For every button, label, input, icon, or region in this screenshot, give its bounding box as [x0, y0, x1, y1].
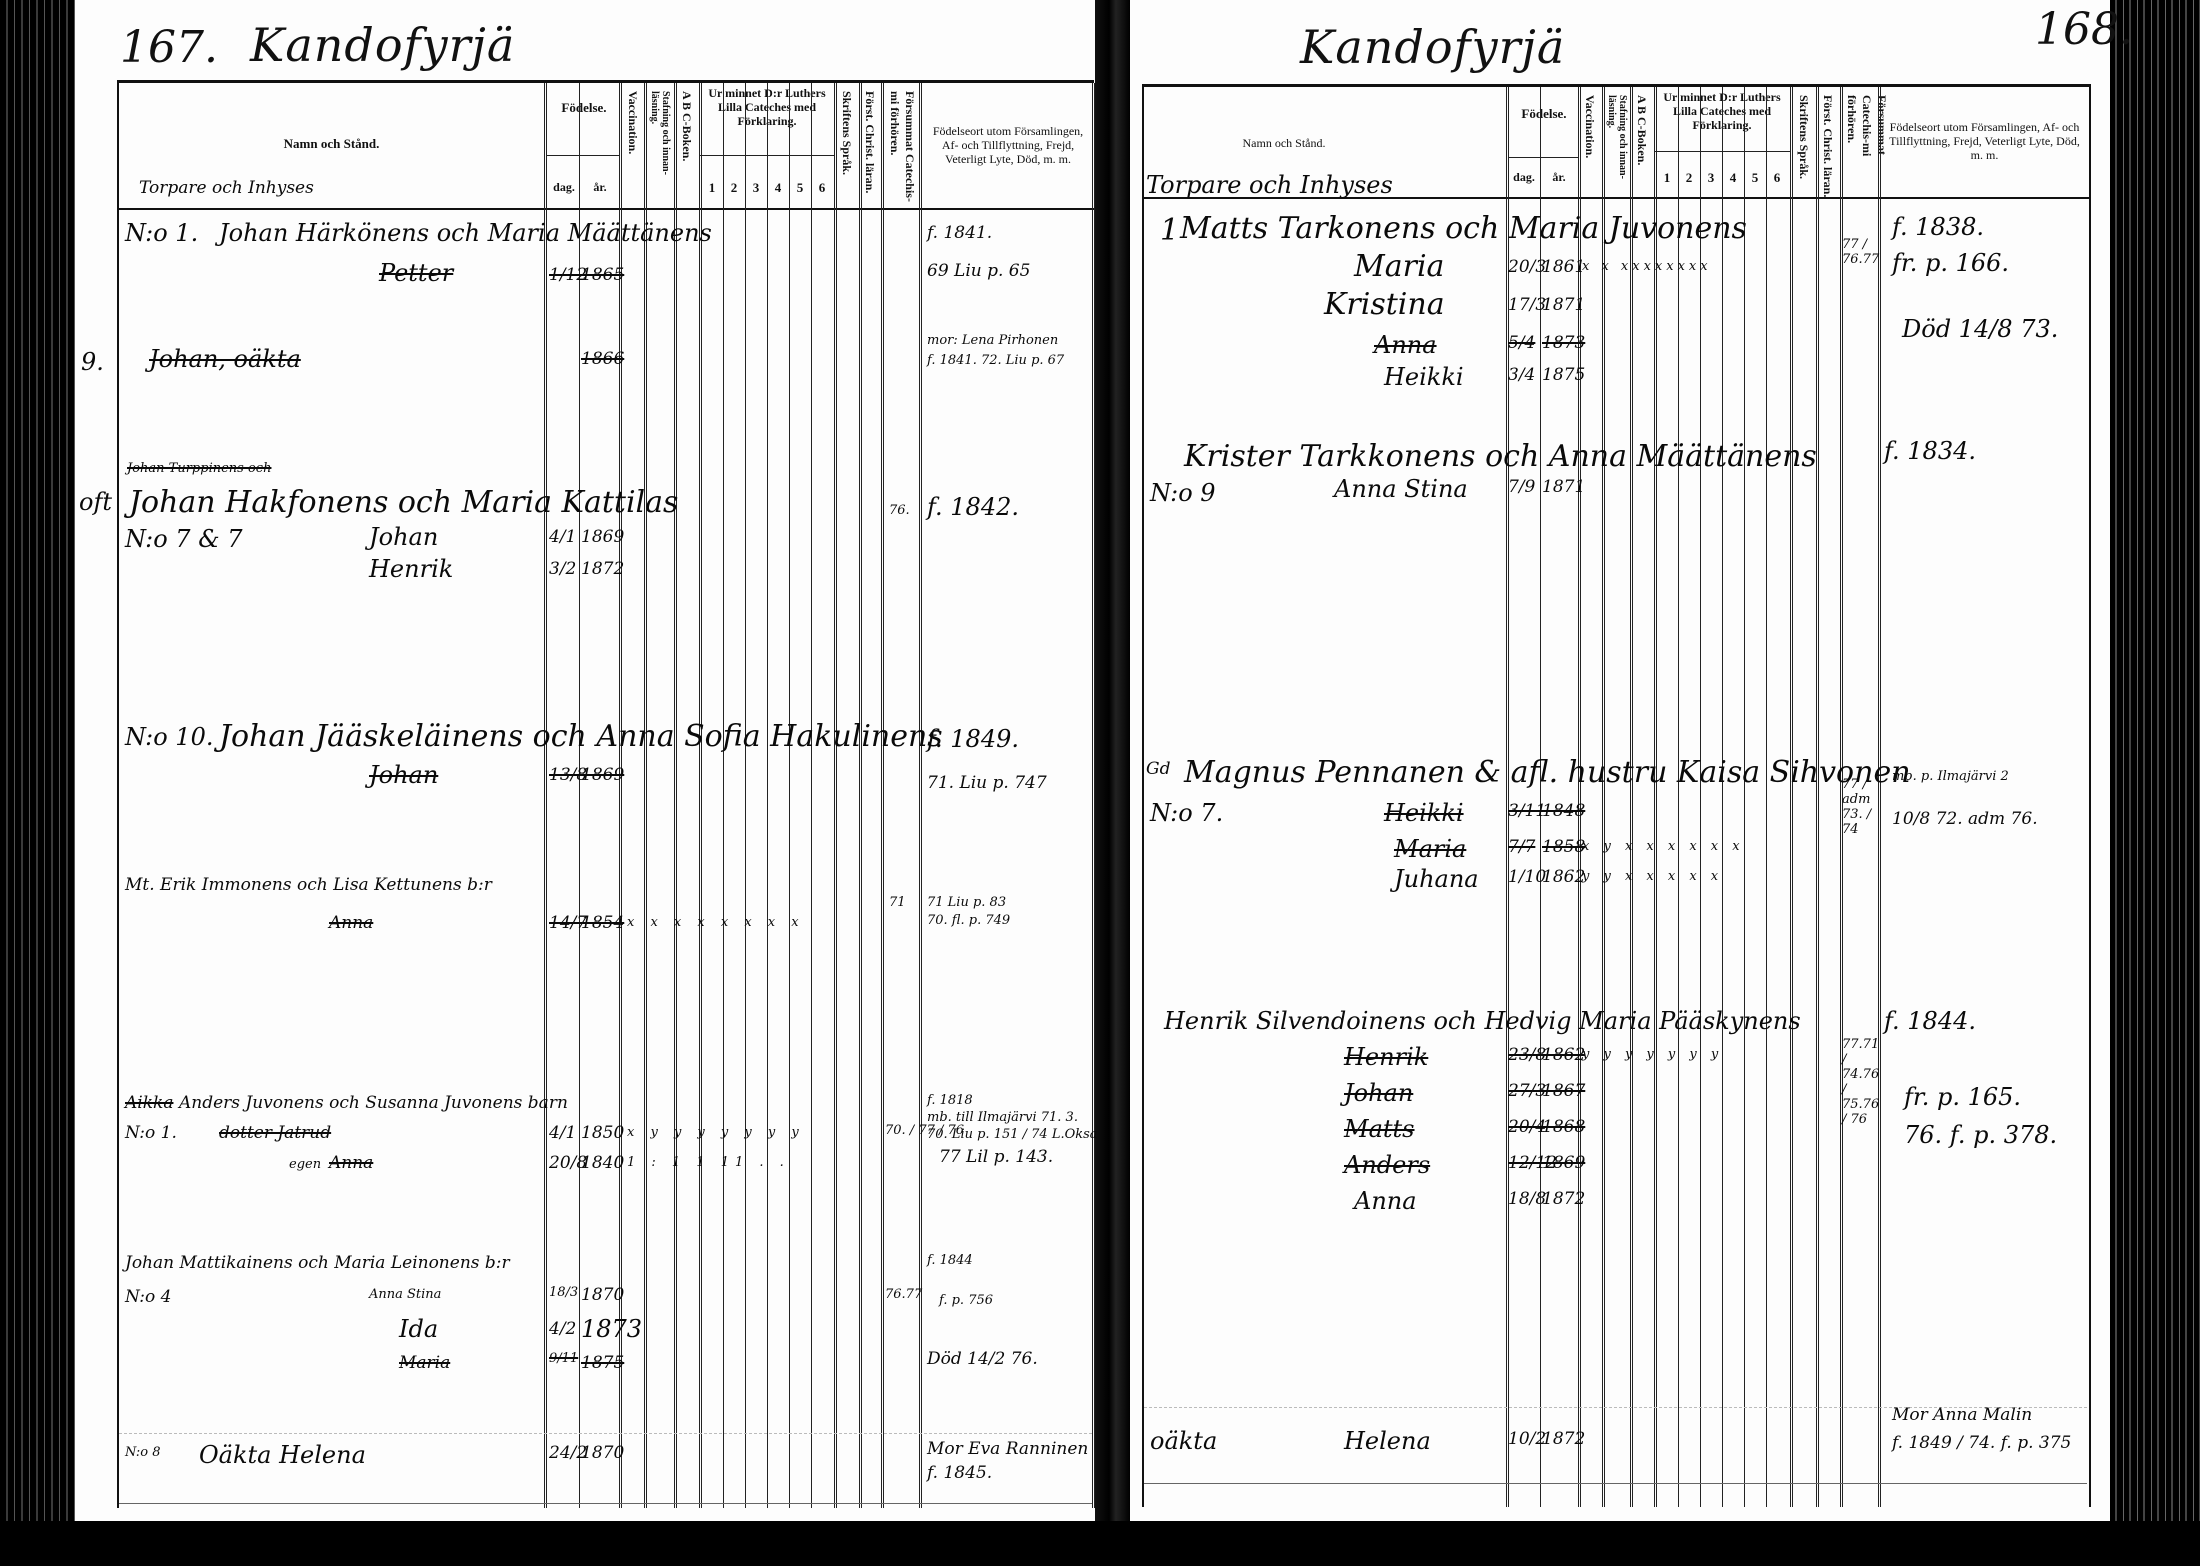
- category-label: Torpare och Inhyses: [1146, 171, 1393, 199]
- remark: f. 1845.: [927, 1463, 992, 1483]
- reading-marks: x x xxxxxxxx: [1582, 259, 1712, 274]
- child-name: Petter: [379, 259, 453, 287]
- child-birth-year: 1858: [1542, 837, 1585, 857]
- header-abc: A B C-Boken.: [1634, 95, 1649, 165]
- child-name: Henrik: [1344, 1043, 1428, 1071]
- header-year: år.: [1540, 171, 1578, 185]
- entry-label: N:o 4: [125, 1287, 171, 1307]
- header-birth: Födelse.: [549, 101, 619, 116]
- child-birth-year: 1861: [1542, 257, 1585, 277]
- child-birth-year: 1875: [581, 1353, 624, 1373]
- child-birth-day: 5/4: [1508, 333, 1535, 353]
- entry-label: 9.: [81, 348, 104, 376]
- header-scripture: Skriftens Språk.: [839, 91, 854, 175]
- header-cat-1: 1: [701, 181, 723, 196]
- header-cat-3: 3: [745, 181, 767, 196]
- header-christ: Först. Christ. läran.: [862, 91, 877, 193]
- child-birth-year: 1869: [1542, 1153, 1585, 1173]
- household-head: Johan Hakfonens och Maria Kattilas: [129, 485, 678, 520]
- header-vaccination: Vaccination.: [1582, 95, 1597, 158]
- remark: f. 1849 / 74. f. p. 375: [1892, 1433, 2071, 1453]
- book-edge-left: [0, 0, 75, 1566]
- header-abc: A B C-Boken.: [679, 91, 694, 161]
- entry-label: N:o 1.: [125, 1123, 177, 1143]
- entry-prefix: Gd: [1146, 759, 1170, 779]
- header-scripture: Skriftens Språk.: [1796, 95, 1811, 179]
- child-birth-day: 3/4: [1508, 365, 1535, 385]
- child-birth-year: 1872: [1542, 1429, 1585, 1449]
- child-name: Anna Stina: [1334, 475, 1468, 503]
- child-birth-year: 1868: [1542, 1117, 1585, 1137]
- right-page: Kandofyrjä 168. Namn och Stånd. Torpare …: [1130, 0, 2110, 1525]
- entry-label: N:o 10.: [125, 723, 213, 751]
- child-birth-year: 1866: [581, 349, 624, 369]
- remark: f. 1842.: [927, 493, 1019, 521]
- header-reading: Stafning och innan-läsning.: [1606, 95, 1628, 195]
- header-christ: Först. Christ. läran.: [1820, 95, 1835, 197]
- header-cat-1: 1: [1656, 171, 1678, 186]
- header-missed: Försummat Catechis-mi förhören.: [887, 91, 917, 206]
- child-birth-day: 9/11: [549, 1351, 578, 1366]
- header-name: Namn och Stånd.: [119, 137, 544, 152]
- header-remarks: Födelseort utom Församlingen, Af- och Ti…: [924, 125, 1092, 166]
- child-name: Kristina: [1324, 287, 1445, 322]
- household-head: Henrik Silvendoinens och Hedvig Maria Pä…: [1164, 1007, 1801, 1035]
- reading-marks: 1 : 1 1 11 . .: [627, 1155, 790, 1170]
- child-birth-day: 7/9: [1508, 477, 1535, 497]
- remark: 10/8 72. adm 76.: [1892, 809, 2038, 829]
- header-remarks: Födelseort utom Församlingen, Af- och Ti…: [1882, 121, 2087, 162]
- child-birth-year: 1848: [1542, 801, 1585, 821]
- child-name: Anna: [1374, 331, 1437, 359]
- child-birth-year: 1875: [1542, 365, 1585, 385]
- household-head: Mt. Erik Immonens och Lisa Kettunens b:r: [125, 875, 492, 895]
- child-birth-year: 1862: [1542, 1045, 1585, 1065]
- household-head: Krister Tarkkonens och Anna Määttänens: [1184, 439, 1817, 474]
- child-birth-day: 1/10: [1508, 867, 1546, 887]
- child-birth-year: 1854: [581, 913, 624, 933]
- child-name: Helena: [1344, 1427, 1431, 1455]
- header-birth: Födelse.: [1510, 107, 1578, 122]
- header-name: Namn och Stånd.: [1184, 137, 1384, 151]
- child-birth-day: 18/8: [1508, 1189, 1546, 1209]
- header-cat-4: 4: [767, 181, 789, 196]
- reading-marks: x x x x x x x x: [627, 915, 805, 930]
- child-birth-day: 7/7: [1508, 837, 1535, 857]
- child-name: Juhana: [1394, 865, 1479, 893]
- remark: mor: Lena Pirhonen: [927, 333, 1058, 348]
- header-cat-5: 5: [1744, 171, 1766, 186]
- missed-hearings: 77.71 / 74.76 / 75.76 / 76: [1842, 1037, 1878, 1127]
- missed-hearings: 77 / adm 73. / 74: [1842, 777, 1878, 837]
- child-birth-year: 1873: [581, 1315, 642, 1343]
- child-name: Maria: [1354, 249, 1444, 284]
- child-birth-day: 27/3: [1508, 1081, 1546, 1101]
- entry-label: N:o 1.: [125, 219, 198, 247]
- child-birth-day: 4/1: [549, 527, 576, 547]
- header-year: år.: [581, 181, 619, 195]
- household-head: oäkta: [1150, 1427, 1217, 1455]
- household-head: Johan Härkönens och Maria Määttänens: [219, 219, 712, 247]
- remark: 70. fl. p. 749: [927, 913, 1010, 928]
- child-birth-year: 1870: [581, 1443, 624, 1463]
- header-day: dag.: [1508, 171, 1540, 185]
- child-birth-year: 1872: [1542, 1189, 1585, 1209]
- register-table: Namn och Stånd. Torpare och Inhyses Föde…: [1142, 84, 2091, 1507]
- child-birth-year: 1840: [581, 1153, 624, 1173]
- header-cat-6: 6: [811, 181, 833, 196]
- reading-marks: x y y y y y y y: [627, 1125, 805, 1140]
- remark: f. 1834.: [1884, 437, 1976, 465]
- remark: Mor Eva Ranninen: [927, 1439, 1088, 1459]
- remark: 76. f. p. 378.: [1904, 1121, 2057, 1149]
- child-birth-day: 3/2: [549, 559, 576, 579]
- page-number: 168.: [2035, 4, 2133, 55]
- child-name: Maria: [1394, 835, 1466, 863]
- child-name: Anna: [329, 913, 373, 933]
- child-birth-year: 1867: [1542, 1081, 1585, 1101]
- reading-marks: x y x x x x x x: [1582, 839, 1745, 854]
- register-table: Namn och Stånd. Torpare och Inhyses Föde…: [117, 80, 1094, 1508]
- remark: mb. till Ilmajärvi 71. 3.: [927, 1110, 1078, 1125]
- header-reading: Stafning och innan-läsning.: [649, 91, 671, 201]
- household-head: Johan Mattikainens och Maria Leinonens b…: [125, 1253, 510, 1273]
- missed-hearings: 71: [889, 895, 906, 910]
- child-name: dotter Jatrud: [219, 1123, 331, 1143]
- child-birth-day: 10/2: [1508, 1429, 1546, 1449]
- child-birth-year: 1873: [1542, 333, 1585, 353]
- book-spine: [1095, 0, 1130, 1566]
- remark: f. 1818: [927, 1093, 973, 1108]
- child-birth-day: 17/3: [1508, 295, 1546, 315]
- header-day: dag.: [547, 181, 581, 195]
- child-birth-day: 20/4: [1508, 1117, 1546, 1137]
- reading-marks: y y x x x x x: [1582, 869, 1723, 884]
- death-note: Död 14/2 76.: [927, 1349, 1038, 1369]
- remark: 77 Lil p. 143.: [939, 1147, 1053, 1167]
- child-name: Anna: [329, 1153, 373, 1173]
- remark: 69 Liu p. 65: [927, 261, 1030, 281]
- remark: mb. p. Ilmajärvi 2: [1892, 769, 2009, 784]
- entry-label: N:o 9: [1150, 479, 1216, 507]
- left-page: 167. Kandofyrjä Namn och Stånd. Torpare …: [75, 0, 1095, 1525]
- remark: fr. p. 166.: [1892, 249, 2009, 277]
- household-head: Johan Jääskeläinens och Anna Sofia Hakul…: [219, 719, 943, 754]
- struck-annotation: Johan Turppinens och: [127, 461, 271, 476]
- entry-label: 1: [1160, 213, 1179, 248]
- child-name: Ida: [399, 1315, 438, 1343]
- entry-label: N:o 8: [125, 1445, 161, 1460]
- household-head: Johan, oäkta: [149, 345, 301, 373]
- child-birth-day: 4/2: [549, 1319, 576, 1339]
- household-head: Anders Juvonens och Susanna Juvonens bar…: [179, 1093, 568, 1113]
- child-name: Anna Stina: [369, 1287, 441, 1302]
- child-birth-day: 18/3: [549, 1285, 578, 1300]
- remark: 71. Liu p. 747: [927, 773, 1047, 793]
- child-birth-year: 1865: [581, 265, 624, 285]
- household-head: Oäkta Helena: [199, 1441, 366, 1469]
- remark: Mor Anna Malin: [1892, 1405, 2032, 1425]
- child-name: Henrik: [369, 555, 453, 583]
- child-birth-year: 1870: [581, 1285, 624, 1305]
- header-cat-2: 2: [723, 181, 745, 196]
- child-birth-year: 1850: [581, 1123, 624, 1143]
- child-birth-day: 23/8: [1508, 1045, 1546, 1065]
- child-name: Maria: [399, 1353, 450, 1373]
- remark: fr. p. 165.: [1904, 1083, 2021, 1111]
- child-birth-day: 4/1: [549, 1123, 576, 1143]
- child-birth-year: 1872: [581, 559, 624, 579]
- village-title: Kandofyrjä: [1300, 20, 1565, 74]
- remark: 71 Liu p. 83: [927, 895, 1006, 910]
- missed-hearings: 76.77: [885, 1287, 922, 1302]
- child-name: Johan: [1344, 1079, 1413, 1107]
- child-name: Matts: [1344, 1115, 1415, 1143]
- table-header: Namn och Stånd. Torpare och Inhyses Föde…: [1144, 87, 2089, 199]
- child-birth-year: 1862: [1542, 867, 1585, 887]
- entry-prefix: Aikka: [125, 1093, 173, 1113]
- village-title: Kandofyrjä: [250, 18, 515, 72]
- remark: f. p. 756: [939, 1293, 993, 1308]
- child-name: Heikki: [1384, 799, 1464, 827]
- entry-label: N:o 7 & 7: [125, 525, 242, 553]
- child-birth-year: 1869: [581, 765, 624, 785]
- child-name: Anders: [1344, 1151, 1430, 1179]
- table-header: Namn och Stånd. Torpare och Inhyses Föde…: [119, 83, 1094, 210]
- header-cat-6: 6: [1766, 171, 1788, 186]
- child-name: Anna: [1354, 1187, 1417, 1215]
- header-cat-5: 5: [789, 181, 811, 196]
- household-head: Matts Tarkonens och Maria Juvonens: [1180, 211, 1747, 246]
- child-birth-year: 1871: [1542, 477, 1585, 497]
- reading-marks: y y y y y y y: [1582, 1047, 1723, 1062]
- child-name: Johan: [369, 523, 438, 551]
- child-birth-day: 3/11: [1508, 801, 1546, 821]
- missed-hearings: 76.: [889, 503, 910, 518]
- child-birth-year: 1871: [1542, 295, 1585, 315]
- header-cat-3: 3: [1700, 171, 1722, 186]
- child-prefix: egen: [289, 1157, 321, 1172]
- entry-label: N:o 7.: [1150, 799, 1223, 827]
- header-cat-2: 2: [1678, 171, 1700, 186]
- remark: f. 1844.: [1884, 1007, 1976, 1035]
- child-name: Johan: [369, 761, 438, 789]
- header-cat-4: 4: [1722, 171, 1744, 186]
- header-vaccination: Vaccination.: [625, 91, 640, 154]
- household-head: Magnus Pennanen & afl. hustru Kaisa Sihv…: [1184, 755, 1911, 790]
- entry-prefix: oft: [79, 488, 112, 516]
- child-birth-day: 20/3: [1508, 257, 1546, 277]
- remark: f. 1841. 72. Liu p. 67: [927, 353, 1064, 368]
- book-edge-right: [2110, 0, 2200, 1566]
- death-note: Död 14/8 73.: [1902, 315, 2058, 343]
- remark: 70. Liu p. 151 / 74 L.Oksa: [927, 1127, 1098, 1142]
- missed-hearings: 77 / 76.77: [1842, 237, 1878, 267]
- child-birth-year: 1869: [581, 527, 624, 547]
- remark: f. 1844: [927, 1253, 973, 1268]
- page-number: 167.: [120, 22, 218, 73]
- remark: f. 1841.: [927, 223, 992, 243]
- remark: f. 1838.: [1892, 213, 1984, 241]
- category-label: Torpare och Inhyses: [139, 178, 314, 198]
- remark: f. 1849.: [927, 725, 1019, 753]
- child-name: Heikki: [1384, 363, 1464, 391]
- book-bottom-edge: [0, 1521, 2200, 1566]
